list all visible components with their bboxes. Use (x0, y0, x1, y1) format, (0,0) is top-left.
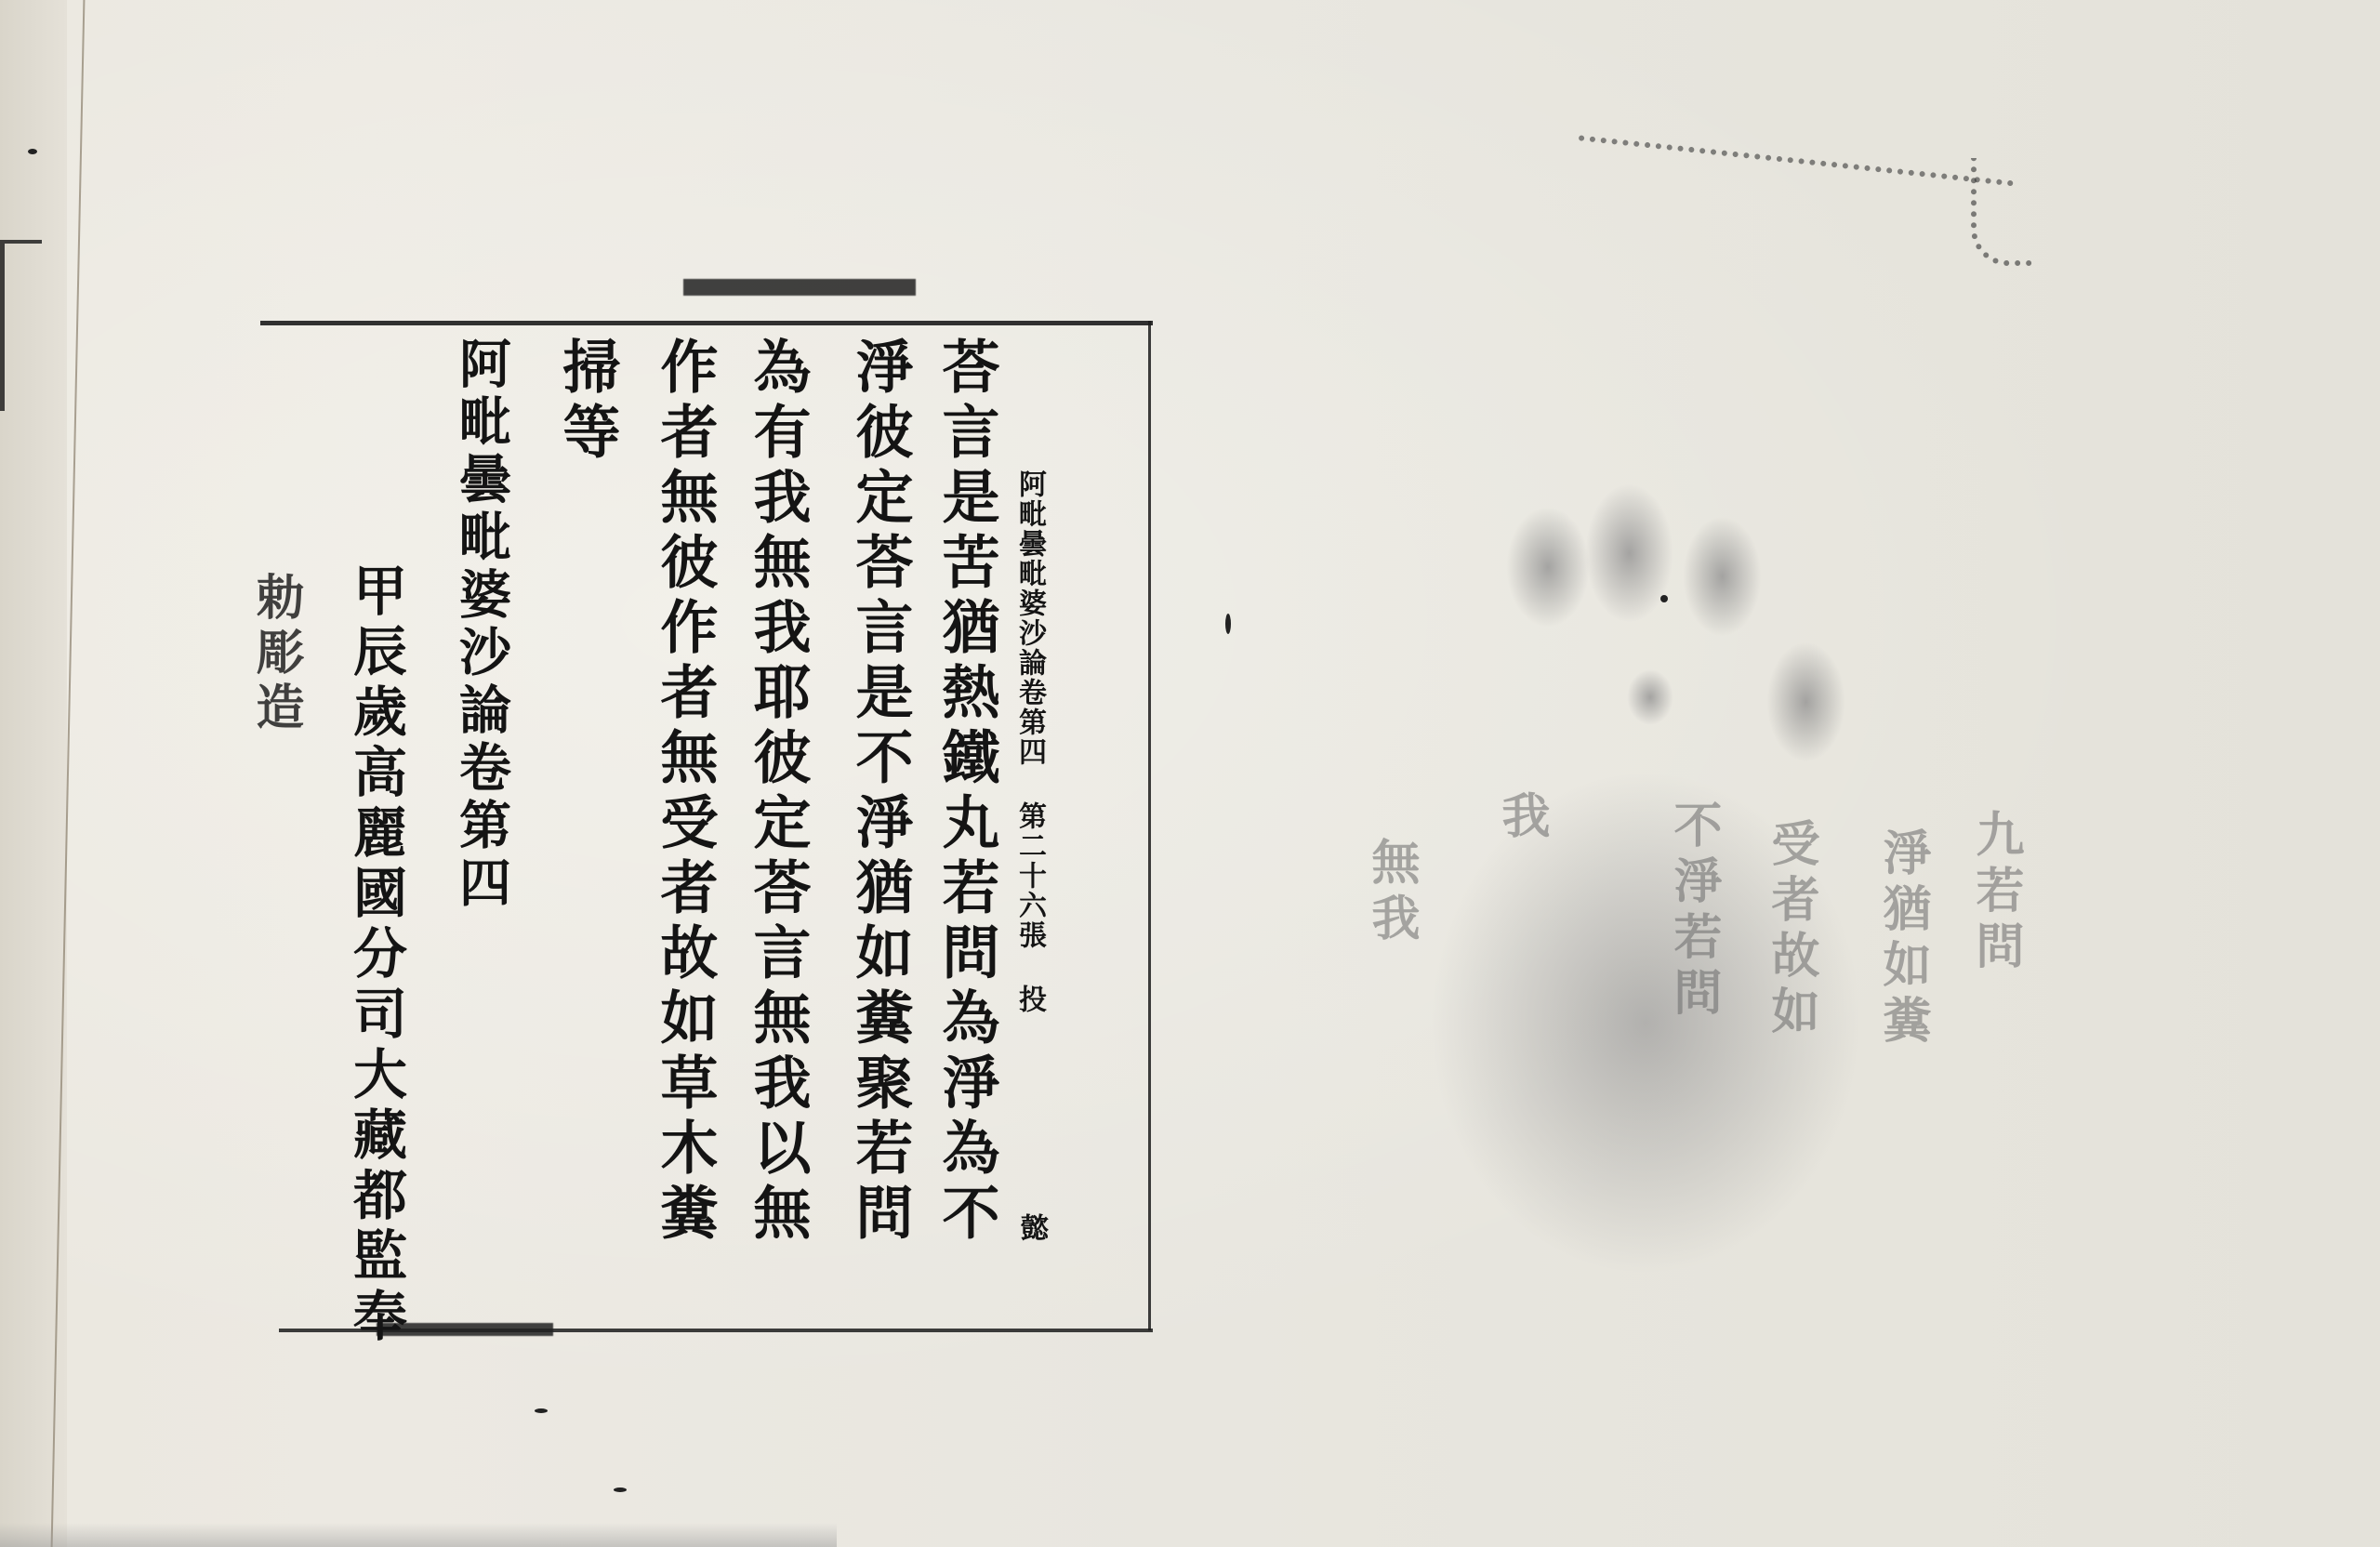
fingertip-smudge (1585, 483, 1673, 623)
handwritten-ink-curl (1971, 158, 2032, 266)
offset-text-column-1: 九若問 (1971, 809, 2019, 976)
offset-text-column-2: 淨猶如糞 (1878, 827, 1926, 1051)
offset-text-column-5: 我 (1497, 790, 1545, 846)
colophon-line-2: 勅彫造 (251, 572, 299, 736)
body-column-1: 荅言是苦猶熱鐵丸若問為淨為不 (937, 337, 995, 1248)
offset-text-column-3: 受者故如 (1766, 818, 1815, 1041)
ink-speck (28, 149, 37, 154)
handwritten-ink-mark (1579, 80, 2019, 187)
fingertip-smudge (1506, 507, 1590, 628)
frame-top-ink-smear (683, 279, 916, 296)
body-column-4: 作者無彼作者無受者故如草木糞 (655, 337, 713, 1248)
ink-speck (1225, 614, 1231, 634)
margin-header: 阿毗曇毗婆沙論卷第四 第二十六張 投 (1015, 469, 1043, 1014)
ink-speck (535, 1408, 548, 1413)
offset-text-column-6: 無我 (1367, 837, 1415, 948)
scanned-page: 阿毗曇毗婆沙論卷第四 第二十六張 投 懿 荅言是苦猶熱鐵丸若問為淨為不 淨彼定荅… (0, 0, 2380, 1547)
frame-right-rule (1148, 321, 1151, 1330)
body-column-3: 為有我無我耶彼定荅言無我以無 (748, 337, 806, 1248)
frame-top-rule (260, 321, 1153, 325)
ink-speck (614, 1487, 627, 1492)
colophon-line-1: 甲辰歲高麗國分司大藏都監奉 (349, 562, 403, 1348)
body-column-2: 淨彼定荅言是不淨猶如糞聚若問 (851, 337, 908, 1248)
fingertip-smudge (1766, 641, 1845, 762)
previous-page-frame-corner (0, 240, 42, 411)
body-column-5: 掃等 (558, 337, 615, 467)
engraver-mark: 懿 (1017, 1213, 1045, 1243)
page-edge-shadow (0, 1523, 837, 1547)
palm-crease-smudge (1627, 669, 1673, 725)
ink-speck (1660, 595, 1668, 602)
offset-text-column-4: 不淨若問 (1669, 800, 1717, 1023)
title-column: 阿毗曇毗婆沙論卷第四 (456, 337, 508, 913)
fingertip-smudge (1683, 516, 1762, 637)
